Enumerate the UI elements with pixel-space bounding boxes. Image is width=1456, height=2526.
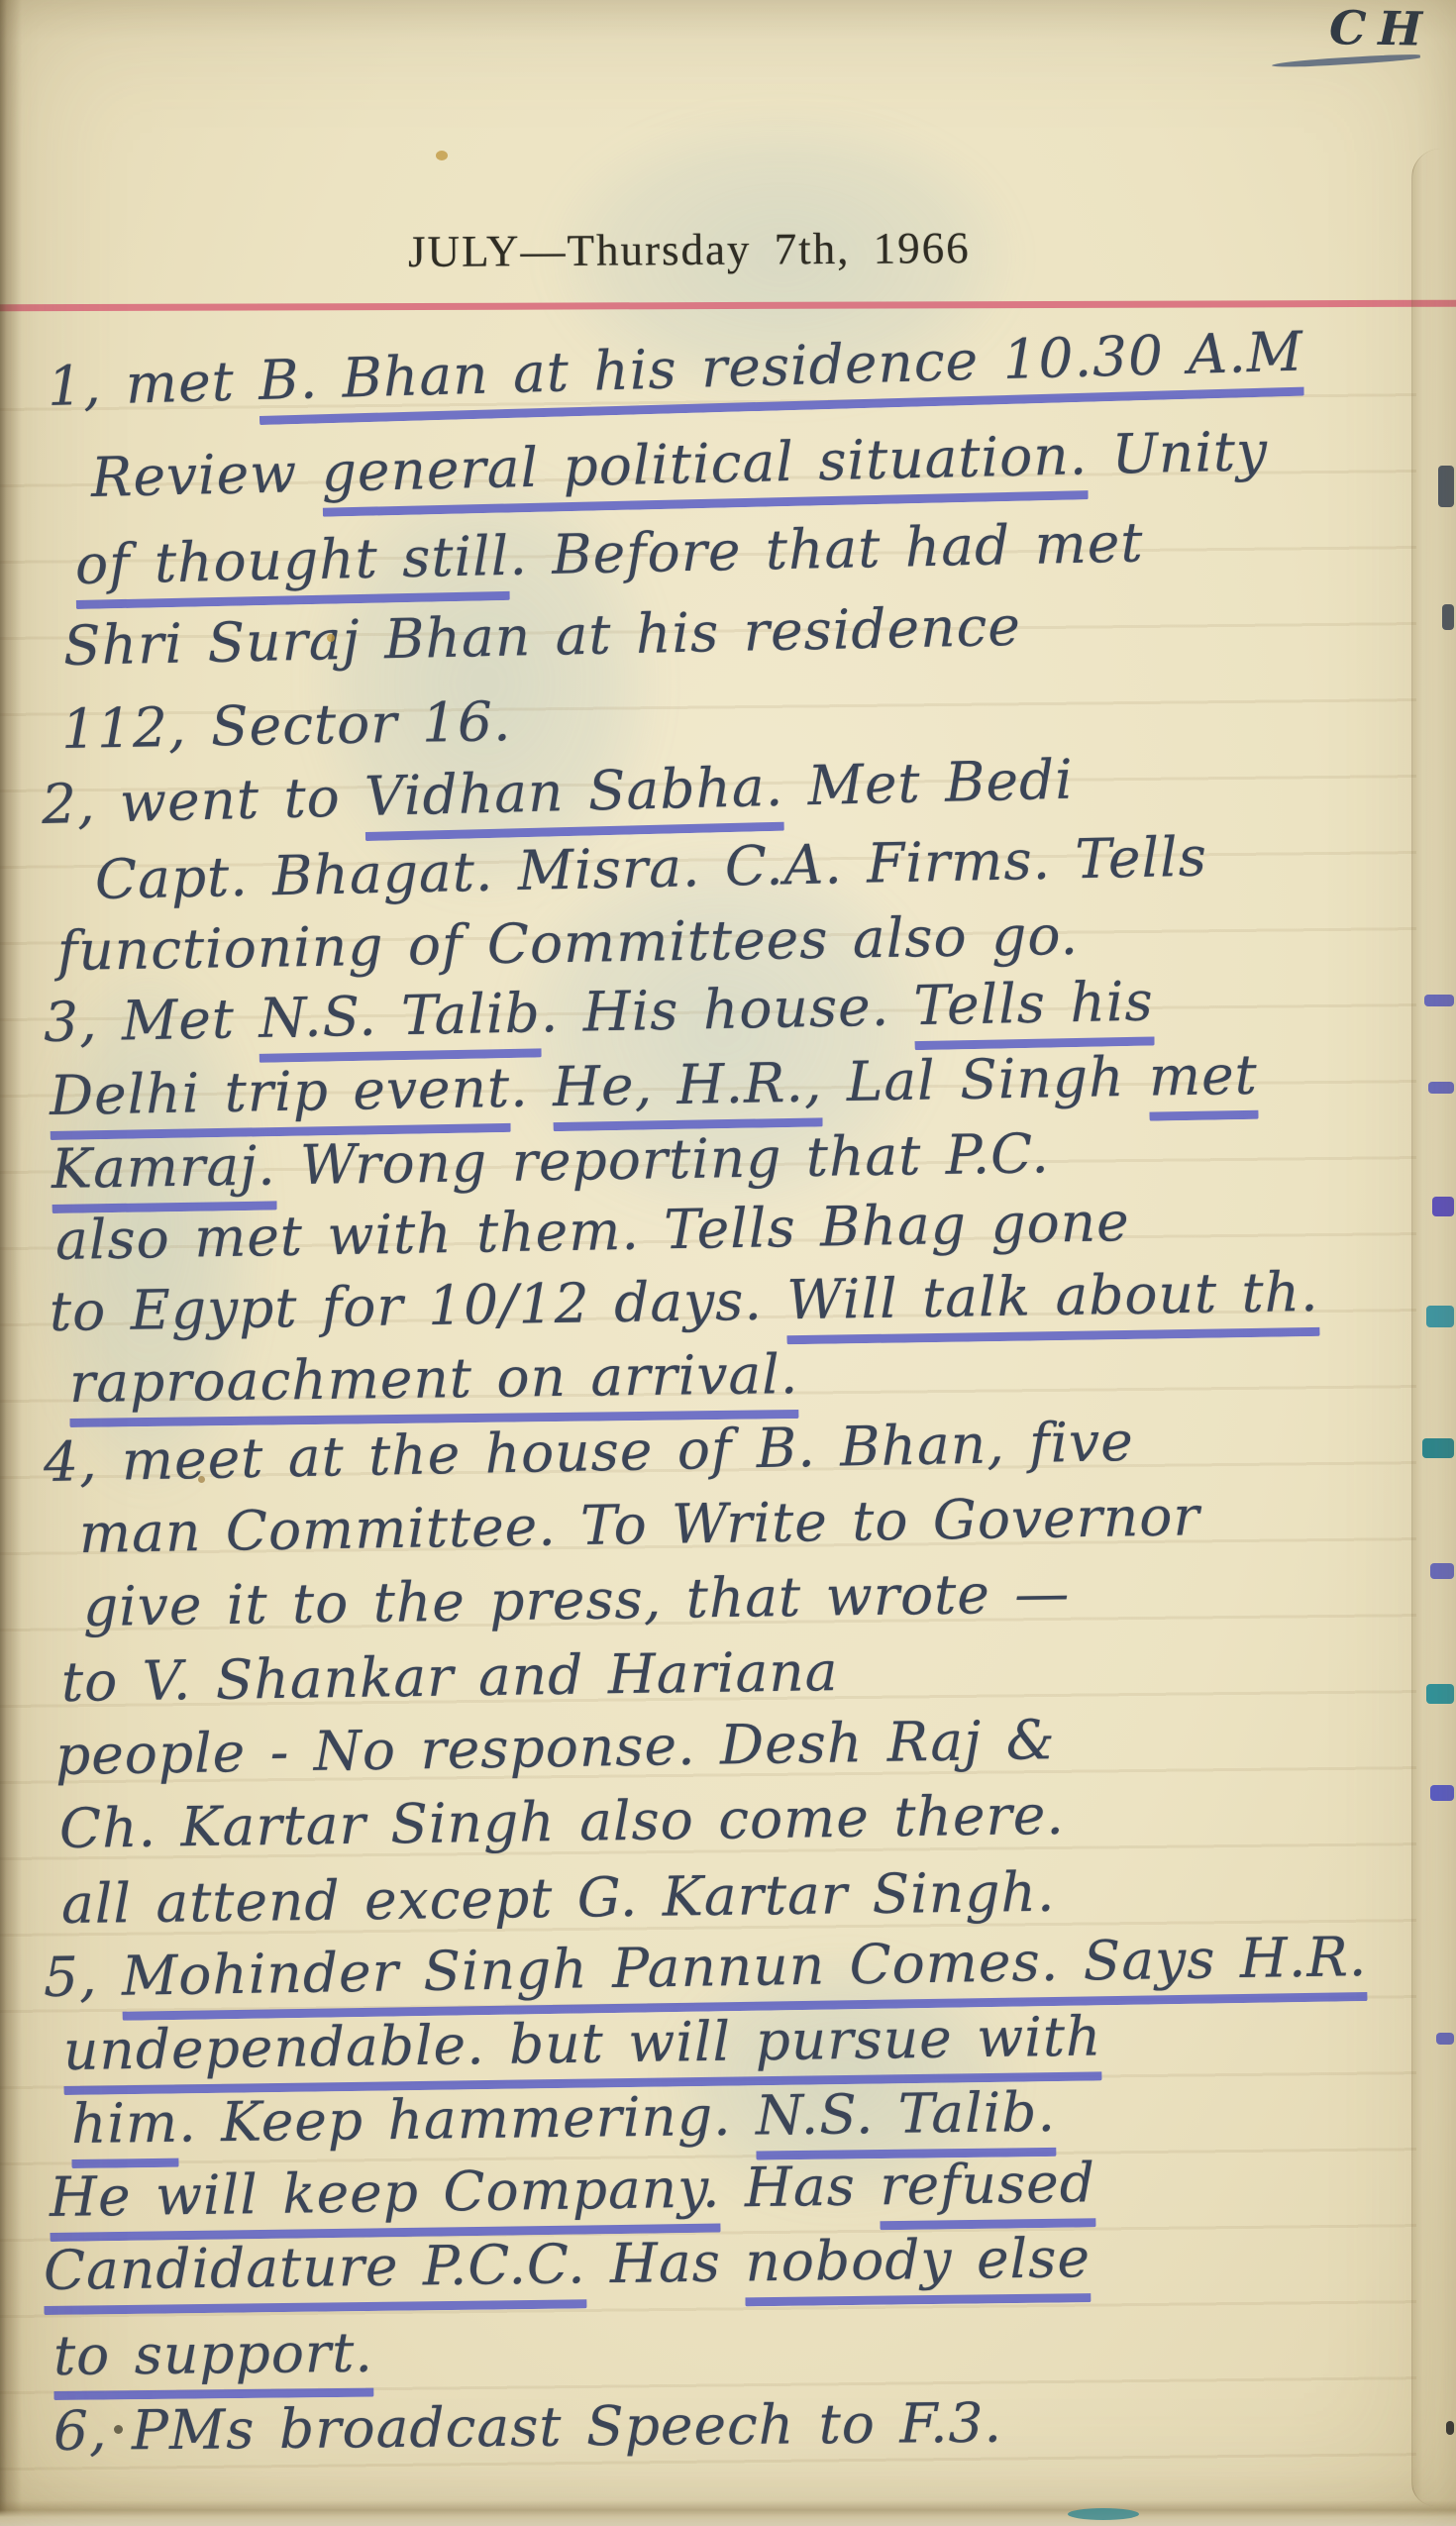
handwritten-line: Ch. Kartar Singh also come there. [59,1785,1066,1860]
ink-text: 6, PMs broadcast Speech to F.3. [53,2391,1002,2463]
ink-text: Has [585,2230,746,2295]
handwritten-line: Review general political situation. Unit… [90,421,1268,509]
underlined-ink-text: Mohinder Singh Pannun Comes. Says H.R. [121,1925,1367,2021]
handwritten-line: 5, Mohinder Singh Pannun Comes. Says H.R… [44,1927,1368,2009]
paper-spot [198,1476,205,1483]
ink-text: to Egypt for 10/12 days. [49,1268,786,1343]
adjacent-page-ink-mark [1436,2033,1454,2045]
handwritten-line: of thought still. Before that had met [74,512,1144,595]
gutter-shadow [0,0,22,2526]
handwritten-line: Shri Suraj Bhan at his residence [62,596,1021,678]
paper-spot [436,151,448,160]
next-page-edge [1411,149,1456,2506]
paper-spot [1068,2508,1139,2520]
ink-text: Lal Singh [822,1045,1150,1114]
handwritten-line: 112, Sector 16. [60,691,511,761]
handwritten-line: 6, PMs broadcast Speech to F.3. [53,2393,1002,2463]
ink-text: Shri Suraj Bhan at his residence [62,594,1021,678]
handwritten-line: raproachment on arrival. [69,1344,799,1415]
ink-text: 112, Sector 16. [60,689,511,761]
adjacent-page-ink-mark [1430,1785,1454,1801]
adjacent-page-ink-mark [1424,995,1454,1006]
paper-spot [114,2425,123,2434]
handwritten-line: him. Keep hammering. N.S. Talib. [71,2082,1057,2156]
ink-text: . Keep hammering. [178,2084,757,2155]
ink-text: functioning of Committees also go. [56,903,1079,983]
handwritten-line: all attend except G. Kartar Singh. [61,1862,1056,1936]
ink-text: give it to the press, that wrote — [83,1561,1071,1638]
underlined-ink-text: Kamraj. [51,1133,276,1213]
adjacent-page-ink-mark [1432,1197,1454,1216]
underlined-ink-text: Vidhan Sabha. [364,755,784,841]
handwritten-line: people - No response. Desh Raj & [55,1710,1057,1786]
handwritten-line: Kamraj. Wrong reporting that P.C. [52,1123,1051,1200]
underlined-ink-text: to support. [53,2321,374,2400]
underlined-ink-text: met [1148,1043,1258,1121]
ink-text: Review [90,441,322,509]
handwritten-line: to V. Shankar and Hariana [61,1641,839,1714]
adjacent-page-ink-mark [1430,1563,1454,1579]
diary-page: CH JULY—Thursday 7th, 1966 1, met B. Bha… [0,0,1456,2526]
ink-text: Ch. Kartar Singh also come there. [59,1783,1066,1860]
adjacent-page-ink-mark [1446,2421,1454,2435]
handwritten-line: He will keep Company. Has refused [50,2153,1096,2228]
handwritten-line: Capt. Bhagat. Misra. C.A. Firms. Tells [94,826,1207,910]
underlined-ink-text: him [71,2091,179,2168]
ink-text: 2, went to [41,765,365,836]
adjacent-page-ink-mark [1422,1438,1454,1458]
adjacent-page-ink-mark [1438,466,1454,507]
handwritten-line: Delhi trip event. He, H.R., Lal Singh me… [49,1045,1258,1127]
ink-text: 1, met [47,349,260,418]
handwritten-line: undependable. but will pursue with [63,2006,1102,2081]
underlined-ink-text: He will keep Company. [50,2157,721,2242]
handwritten-line: give it to the press, that wrote — [83,1563,1071,1637]
underlined-ink-text: of thought still [74,524,510,609]
bottom-page-edge [0,2500,1456,2526]
ink-text: man Committee. To Write to Governor [78,1484,1200,1565]
underlined-ink-text: raproachment on arrival. [69,1342,799,1427]
handwritten-line: to support. [53,2323,373,2387]
ink-text: . [509,1055,553,1119]
handwritten-line: 1, met B. Bhan at his residence 10.30 A.… [47,322,1304,418]
ink-text: 3, Met [43,987,260,1054]
underlined-ink-text: nobody else [745,2226,1091,2306]
ink-text: Capt. Bhagat. Misra. C.A. Firms. Tells [94,824,1207,911]
handwritten-line: functioning of Committees also go. [57,905,1080,983]
ink-text: Has [720,2154,881,2219]
underlined-ink-text: Delhi trip event [49,1056,510,1140]
underlined-ink-text: N.S. Talib. [756,2080,1057,2160]
ink-text: . His house. [540,974,914,1044]
underlined-ink-text: Tells his [913,969,1155,1050]
ink-text: people - No response. Desh Raj & [54,1708,1056,1787]
underlined-ink-text: general political situation. [321,423,1089,517]
adjacent-page-ink-mark [1442,604,1454,630]
ink-text: 5, [43,1945,122,2009]
ink-text: Met Bedi [782,748,1074,818]
handwritten-line: Candidature P.C.C. Has nobody else [44,2228,1092,2302]
handwriting-layer: 1, met B. Bhan at his residence 10.30 A.… [0,0,1456,2526]
ink-text: Unity [1087,419,1268,486]
underlined-ink-text: Will talk about th. [786,1260,1319,1344]
ink-text: to V. Shankar and Hariana [61,1639,839,1714]
handwritten-line: man Committee. To Write to Governor [79,1486,1201,1564]
underlined-ink-text: He, H.R., [552,1050,823,1131]
handwritten-line: 3, Met N.S. Talib. His house. Tells his [43,971,1154,1053]
handwritten-line: 2, went to Vidhan Sabha. Met Bedi [41,750,1074,836]
paper-spot [327,634,335,642]
adjacent-page-ink-mark [1426,1306,1454,1327]
handwritten-line: to Egypt for 10/12 days. Will talk about… [50,1262,1319,1343]
ink-text: . Before that had met [509,510,1145,586]
underlined-ink-text: N.S. Talib [259,981,542,1062]
underlined-ink-text: Candidature P.C.C. [44,2232,586,2315]
adjacent-page-ink-mark [1428,1082,1454,1094]
adjacent-page-ink-mark [1426,1684,1454,1704]
underlined-ink-text: refused [880,2151,1096,2230]
ink-text: all attend except G. Kartar Singh. [61,1860,1056,1936]
ink-text: Wrong reporting that P.C. [275,1121,1050,1197]
underlined-ink-text: B. Bhan at his residence 10.30 A.M [258,320,1304,425]
